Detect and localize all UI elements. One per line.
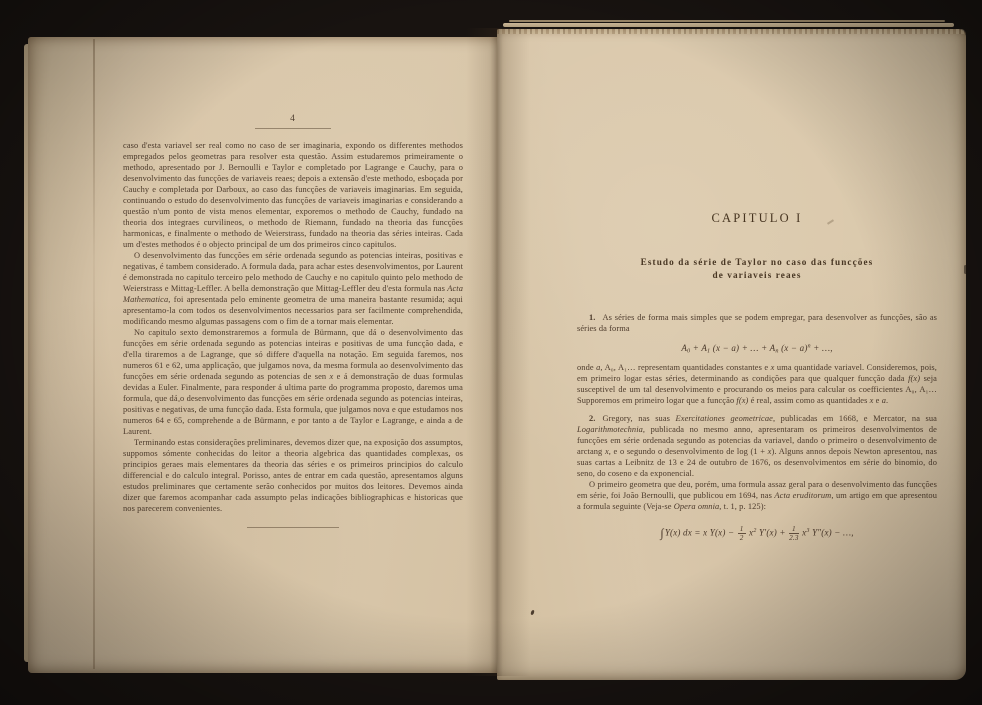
- chapter-title: CAPITULO I: [577, 211, 937, 226]
- paragraph-number: 1.: [589, 313, 595, 322]
- right-page-body: 1.As séries de forma mais simples que se…: [577, 312, 937, 550]
- section-title: Estudo da série de Taylor no caso das fu…: [577, 256, 937, 282]
- series-formula: A0 + A1 (x − a) + … + An (x − a)n + …,: [577, 343, 937, 354]
- section-title-line2: de variaveis reaes: [577, 269, 937, 282]
- paragraph: O primeiro geometra que deu, porém, uma …: [577, 479, 937, 512]
- page-stack-edge: [503, 23, 954, 27]
- fraction: 12: [738, 526, 746, 542]
- paragraph-number: 2.: [589, 414, 595, 423]
- left-page-body: caso d'esta variavel ser real como no ca…: [123, 140, 463, 528]
- page-number-rule: [255, 128, 331, 129]
- page-number: 4: [123, 114, 463, 124]
- section-end-rule: [247, 527, 339, 528]
- page-stack-edge: [509, 20, 945, 22]
- integral-sign: ∫: [660, 526, 664, 540]
- page-number-header: 4: [123, 114, 463, 129]
- paragraph: 2.Gregory, nas suas Exercitationes geome…: [577, 413, 937, 479]
- fraction: 12.3: [789, 526, 799, 542]
- paragraph: O desenvolvimento das funcções em série …: [123, 250, 463, 327]
- bernoulli-formula: ∫Y(x) dx = x Y(x) − 12 x2 Y′(x) + 12.3 x…: [577, 526, 937, 542]
- book-scan: 4 caso d'esta variavel ser real como no …: [0, 0, 982, 705]
- paragraph: caso d'esta variavel ser real como no ca…: [123, 140, 463, 250]
- paragraph: 1.As séries de forma mais simples que se…: [577, 312, 937, 334]
- ink-speck: [530, 610, 534, 616]
- paragraph: No capitulo sexto demonstraremos a formu…: [123, 327, 463, 437]
- right-page: CAPITULO I Estudo da série de Taylor no …: [497, 29, 966, 680]
- paper-speck: [178, 400, 180, 402]
- left-page: 4 caso d'esta variavel ser real como no …: [28, 37, 497, 673]
- paragraph: Terminando estas considerações prelimina…: [123, 437, 463, 514]
- edge-nick: [964, 265, 967, 274]
- page-crease: [93, 39, 95, 669]
- section-title-line1: Estudo da série de Taylor no caso das fu…: [577, 256, 937, 269]
- deckle-edge: [497, 29, 966, 34]
- paragraph: onde a, A₀, A₁… representam quantidades …: [577, 362, 937, 406]
